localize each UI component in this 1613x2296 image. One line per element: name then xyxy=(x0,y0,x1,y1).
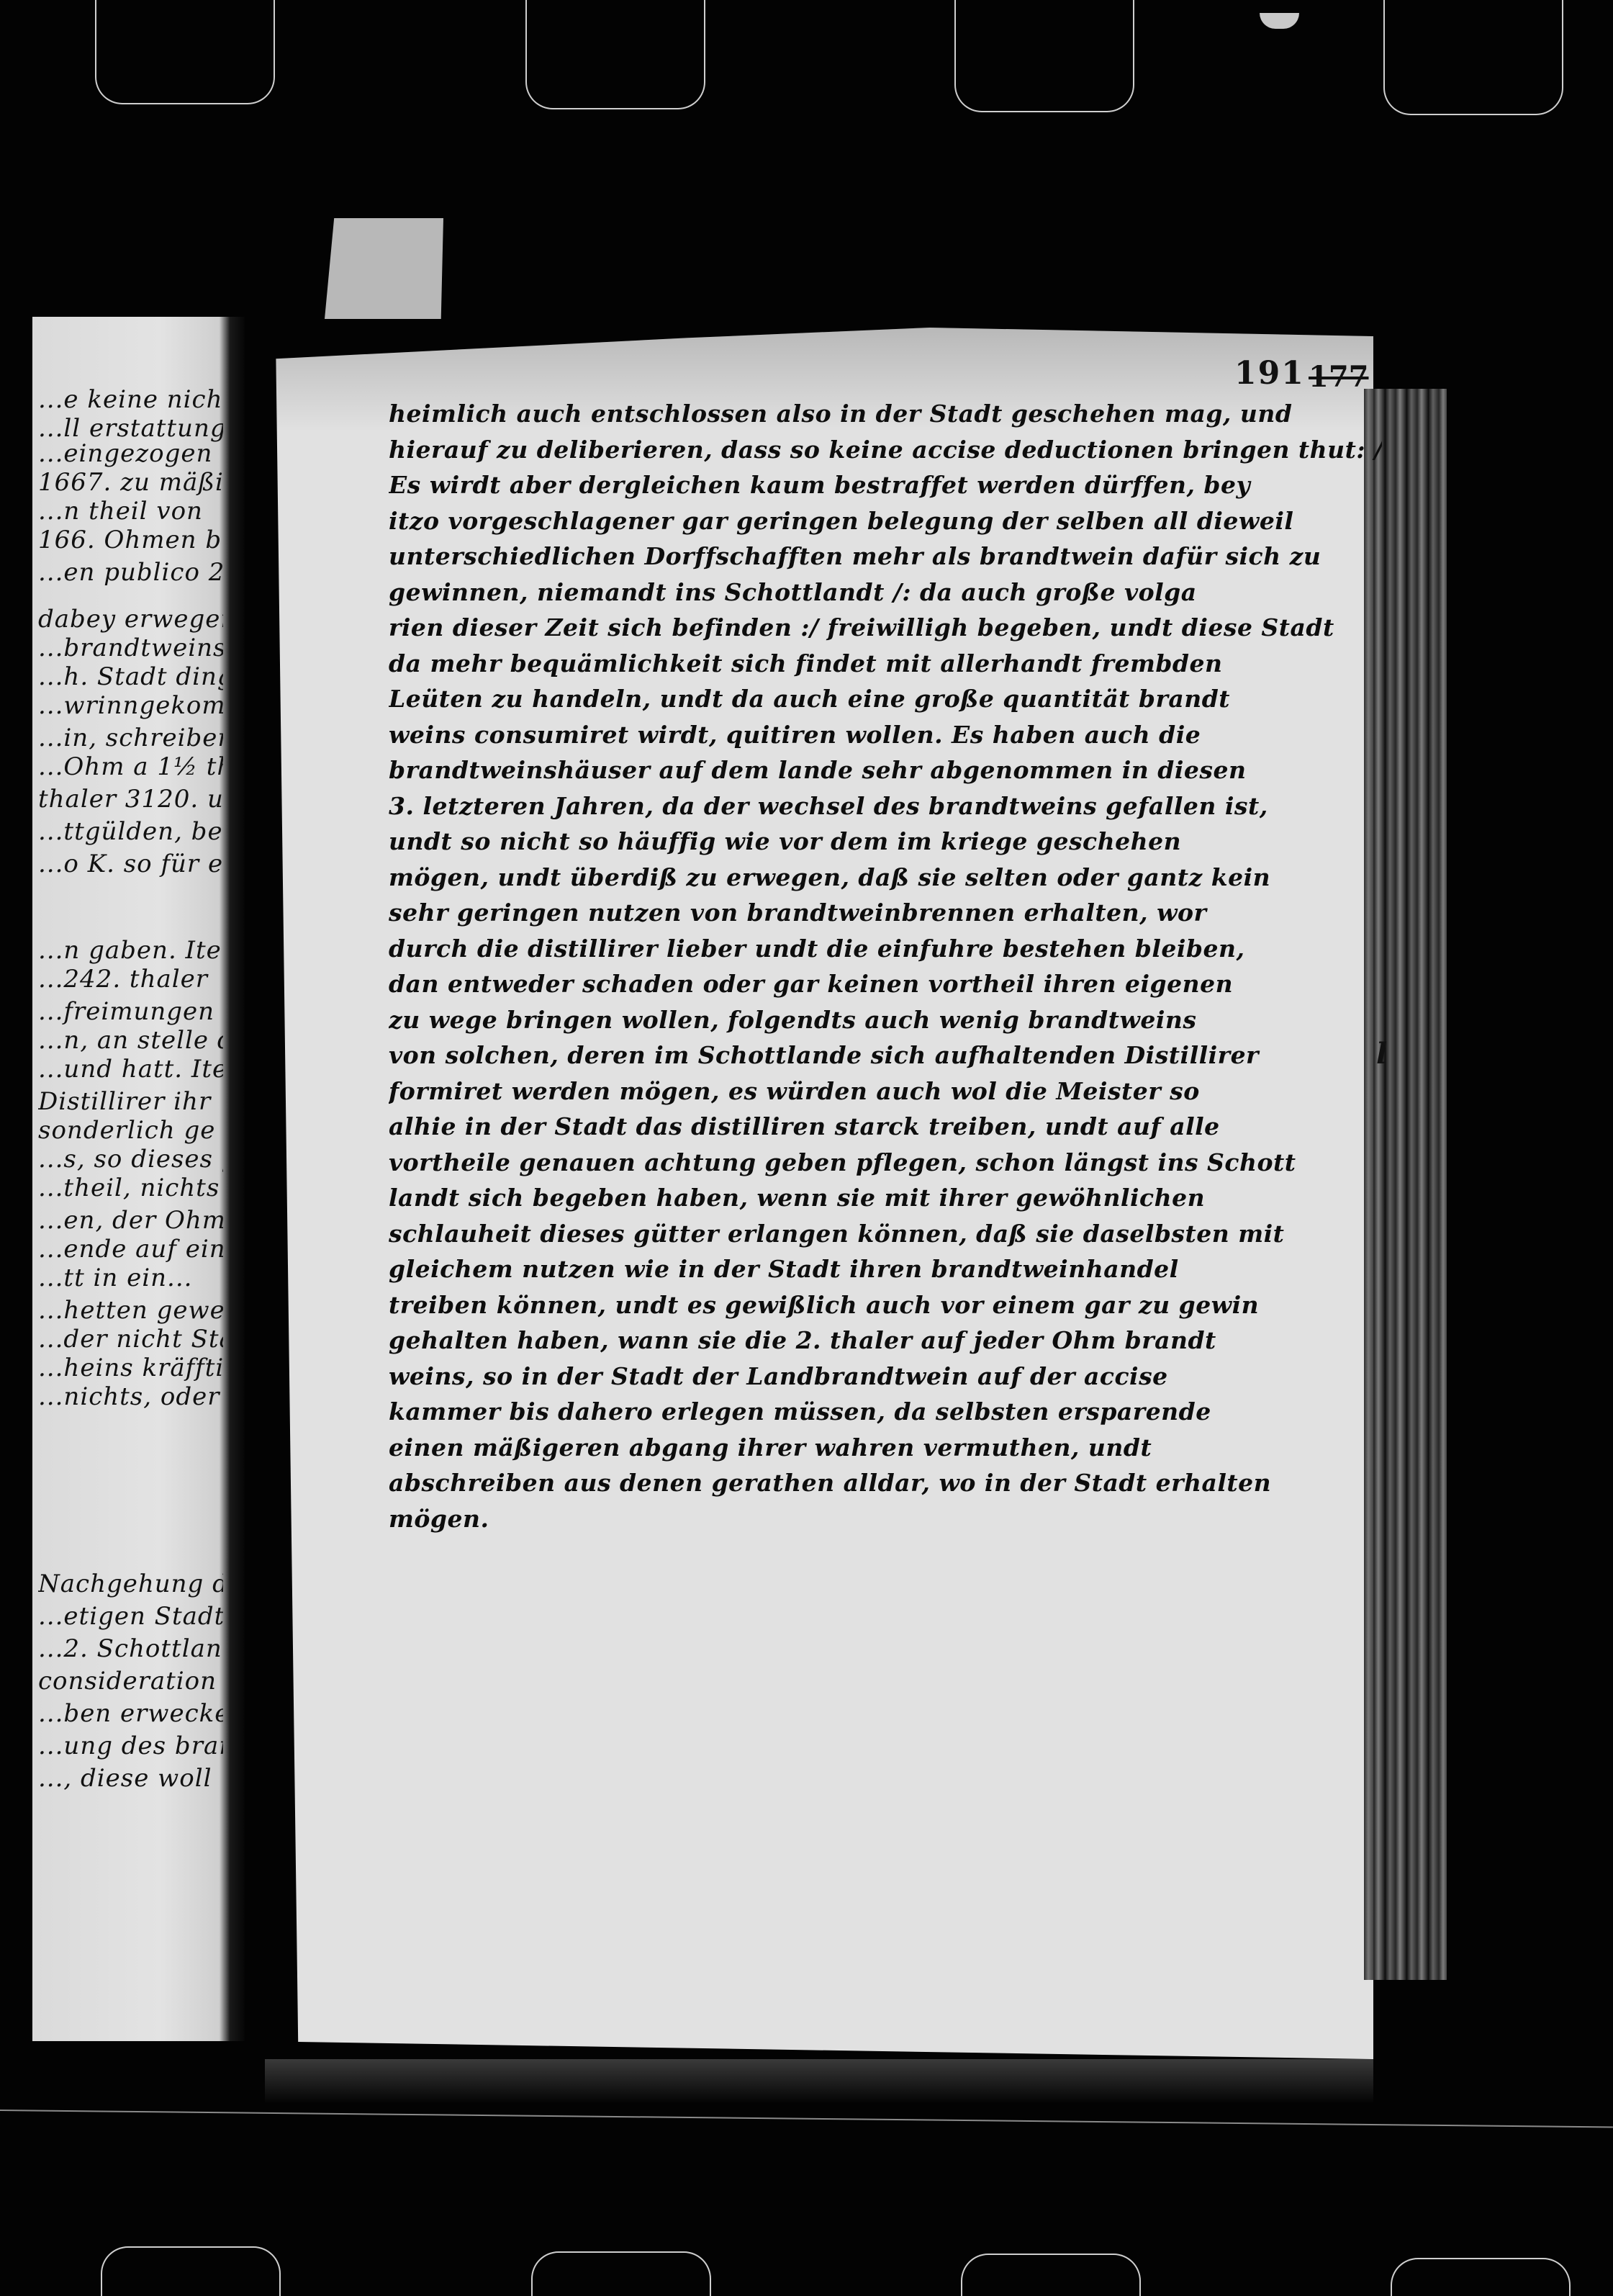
manuscript-line: formiret werden mögen, es würden auch wo… xyxy=(389,1073,1382,1109)
film-sprocket-hole xyxy=(525,0,705,109)
left-text-line: ...in, schreibende xyxy=(38,724,223,752)
left-text-line: ...en publico 249. xyxy=(38,558,223,587)
left-text-line: ...ben erwecken xyxy=(38,1699,223,1728)
left-text-line: ...hetten gewesen, xyxy=(38,1296,223,1325)
left-text-line: ...der nicht Stadt xyxy=(38,1325,223,1354)
film-sprocket-hole xyxy=(1383,0,1563,115)
manuscript-line: Es wirdt aber dergleichen kaum bestraffe… xyxy=(389,467,1382,503)
manuscript-line: schlauheit dieses gütter erlangen können… xyxy=(389,1216,1382,1252)
film-sprocket-hole xyxy=(961,2254,1141,2296)
manuscript-line: einen mäßigeren abgang ihrer wahren verm… xyxy=(389,1430,1382,1466)
left-text-line: ...h. Stadt dingen xyxy=(38,662,223,691)
manuscript-line: gewinnen, niemandt ins Schottlandt /: da… xyxy=(389,575,1382,611)
film-sprocket-hole xyxy=(95,0,275,104)
left-text-line: ...242. thaler xyxy=(38,965,223,994)
left-text-line: ...s, so dieses ge xyxy=(38,1145,223,1174)
left-text-line: consideration ... xyxy=(38,1667,223,1696)
page-bottom-shadow xyxy=(265,2059,1373,2102)
manuscript-line: kammer bis dahero erlegen müssen, da sel… xyxy=(389,1394,1382,1430)
manuscript-line: brandtweinshäuser auf dem lande sehr abg… xyxy=(389,752,1382,788)
manuscript-line: 3. letzteren Jahren, da der wechsel des … xyxy=(389,788,1382,824)
folio-number: 191 xyxy=(1234,355,1305,392)
left-text-line: ...n theil von xyxy=(38,497,223,526)
left-page: ...e keine nicht ...ll erstattung ...ein… xyxy=(32,317,245,2041)
left-text-line: 1667. zu mäßige xyxy=(38,468,223,497)
left-text-line: ...eingezogen ... xyxy=(38,439,223,468)
left-text-line: ...ende auf ein xyxy=(38,1235,223,1264)
manuscript-line: gehalten haben, wann sie die 2. thaler a… xyxy=(389,1323,1382,1359)
left-text-line: ...o K. so für ein xyxy=(38,850,223,878)
left-text-line: ...n gaben. Item xyxy=(38,936,223,965)
left-text-line: ..., diese woll xyxy=(38,1764,223,1793)
manuscript-line: abschreiben aus denen gerathen alldar, w… xyxy=(389,1465,1382,1501)
film-sprocket-hole xyxy=(101,2246,281,2296)
film-scratch-line xyxy=(0,2110,1613,2128)
left-text-line: ...Ohm a 1½ thaler xyxy=(38,752,223,781)
manuscript-line: unterschiedlichen Dorffschafften mehr al… xyxy=(389,539,1382,575)
manuscript-line: vortheile genauen achtung geben pflegen,… xyxy=(389,1145,1382,1181)
manuscript-line: gleichem nutzen wie in der Stadt ihren b… xyxy=(389,1251,1382,1287)
left-text-line: sonderlich ge xyxy=(38,1116,223,1145)
left-text-line: dabey erwegen xyxy=(38,605,223,634)
manuscript-line: undt so nicht so häuffig wie vor dem im … xyxy=(389,824,1382,860)
left-text-line: ...n, an stelle d.. xyxy=(38,1026,223,1055)
left-text-line: 166. Ohmen brandt xyxy=(38,526,223,554)
manuscript-line: alhie in der Stadt das distilliren starc… xyxy=(389,1109,1382,1145)
left-text-line: ...tt in ein... xyxy=(38,1264,223,1292)
left-text-line: ...2. Schottlan... xyxy=(38,1634,223,1663)
manuscript-line: sehr geringen nutzen von brandtweinbrenn… xyxy=(389,895,1382,931)
manuscript-body: heimlich auch entschlossen also in der S… xyxy=(389,396,1382,1536)
manuscript-line: da mehr bequämlichkeit sich findet mit a… xyxy=(389,646,1382,682)
manuscript-line: zu wege bringen wollen, folgendts auch w… xyxy=(389,1002,1382,1038)
film-sprocket-hole xyxy=(1391,2258,1571,2296)
manuscript-line: landt sich begeben haben, wenn sie mit i… xyxy=(389,1180,1382,1216)
left-text-line: ...en, der Ohm xyxy=(38,1206,223,1235)
left-text-line: Distillirer ihr xyxy=(38,1087,223,1116)
left-text-line: ...ttgülden, be xyxy=(38,817,223,846)
manuscript-line: mögen, undt überdiß zu erwegen, daß sie … xyxy=(389,860,1382,896)
left-text-line: ...brandtweins, xyxy=(38,634,223,662)
manuscript-line: rien dieser Zeit sich befinden :/ freiwi… xyxy=(389,610,1382,646)
left-text-line: ...e keine nicht xyxy=(38,385,223,414)
paper-tab xyxy=(325,218,443,319)
manuscript-line: weins consumiret wirdt, quitiren wollen.… xyxy=(389,717,1382,753)
left-text-line: ...theil, nichts xyxy=(38,1174,223,1202)
manuscript-line: itzo vorgeschlagener gar geringen belegu… xyxy=(389,503,1382,539)
manuscript-line: dan entweder schaden oder gar keinen vor… xyxy=(389,966,1382,1002)
manuscript-line: Leüten zu handeln, undt da auch eine gro… xyxy=(389,681,1382,717)
margin-mark: l xyxy=(1376,1037,1387,1071)
manuscript-line: hierauf zu deliberieren, dass so keine a… xyxy=(389,432,1382,468)
left-text-line: Nachgehung des xyxy=(38,1570,223,1598)
left-text-line: ...freimungen aber xyxy=(38,997,223,1026)
manuscript-line: mögen. xyxy=(389,1501,1382,1537)
paper-fragment xyxy=(1260,13,1299,29)
left-text-line: ...ung des bran.. xyxy=(38,1732,223,1760)
manuscript-line: heimlich auch entschlossen also in der S… xyxy=(389,396,1382,432)
film-sprocket-hole xyxy=(531,2251,711,2296)
folio-number-struck: 177 xyxy=(1309,360,1369,394)
left-text-line: ...nichts, oder ein xyxy=(38,1382,223,1411)
manuscript-line: weins, so in der Stadt der Landbrandtwei… xyxy=(389,1359,1382,1395)
left-text-line: ...wrinngekommen xyxy=(38,691,223,720)
manuscript-line: von solchen, deren im Schottlande sich a… xyxy=(389,1037,1382,1073)
left-text-line: ...ll erstattung xyxy=(38,414,223,443)
film-sprocket-hole xyxy=(954,0,1134,112)
left-text-line: thaler 3120. und xyxy=(38,785,223,814)
manuscript-line: durch die distillirer lieber undt die ei… xyxy=(389,931,1382,967)
manuscript-line: treiben können, undt es gewißlich auch v… xyxy=(389,1287,1382,1323)
left-text-line: ...und hatt. Item xyxy=(38,1055,223,1084)
left-text-line: ...etigen Stadt... xyxy=(38,1602,223,1631)
left-text-line: ...heins kräfftig xyxy=(38,1354,223,1382)
